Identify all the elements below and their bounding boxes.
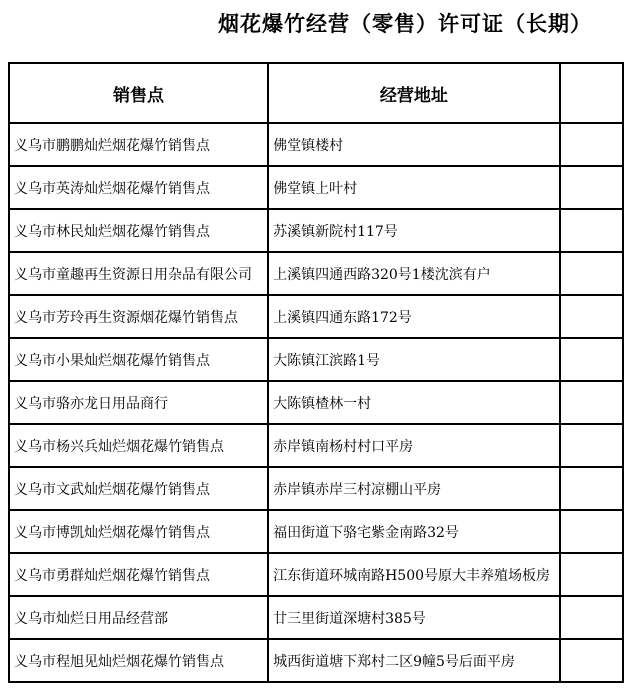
address-cell: 苏溪镇新院村117号 — [268, 209, 560, 252]
license-document-page: { "page": { "title": "烟花爆竹经营（零售）许可证（长期）"… — [0, 0, 624, 695]
table-row: 义乌市勇群灿烂烟花爆竹销售点 江东街道环城南路H500号原大丰养殖场板房 — [9, 553, 623, 596]
cropped-cell — [560, 295, 623, 338]
table-row: 义乌市小果灿烂烟花爆竹销售点 大陈镇江滨路1号 — [9, 338, 623, 381]
cropped-cell — [560, 166, 623, 209]
table-header-row: 销售点 经营地址 — [9, 63, 623, 123]
address-cell: 上溪镇四通东路172号 — [268, 295, 560, 338]
table-row: 义乌市英涛灿烂烟花爆竹销售点 佛堂镇上叶村 — [9, 166, 623, 209]
cropped-cell — [560, 639, 623, 682]
sales-point-cell: 义乌市程旭见灿烂烟花爆竹销售点 — [9, 639, 268, 682]
sales-point-cell: 义乌市文武灿烂烟花爆竹销售点 — [9, 467, 268, 510]
column-header-sales-point: 销售点 — [9, 63, 268, 123]
table-row: 义乌市林民灿烂烟花爆竹销售点 苏溪镇新院村117号 — [9, 209, 623, 252]
sales-point-cell: 义乌市骆亦龙日用品商行 — [9, 381, 268, 424]
sales-point-cell: 义乌市灿烂日用品经营部 — [9, 596, 268, 639]
cropped-cell — [560, 467, 623, 510]
cropped-cell — [560, 424, 623, 467]
cropped-cell — [560, 338, 623, 381]
address-cell: 大陈镇江滨路1号 — [268, 338, 560, 381]
table-row: 义乌市灿烂日用品经营部 廿三里街道深塘村385号 — [9, 596, 623, 639]
sales-point-cell: 义乌市杨兴兵灿烂烟花爆竹销售点 — [9, 424, 268, 467]
address-cell: 大陈镇楂林一村 — [268, 381, 560, 424]
table-row: 义乌市文武灿烂烟花爆竹销售点 赤岸镇赤岸三村凉棚山平房 — [9, 467, 623, 510]
sales-point-cell: 义乌市鹏鹏灿烂烟花爆竹销售点 — [9, 123, 268, 166]
table-row: 义乌市芳玲再生资源烟花爆竹销售点 上溪镇四通东路172号 — [9, 295, 623, 338]
address-cell: 城西街道塘下郑村二区9幢5号后面平房 — [268, 639, 560, 682]
column-header-cropped — [560, 63, 623, 123]
cropped-cell — [560, 596, 623, 639]
cropped-cell — [560, 123, 623, 166]
table-row: 义乌市杨兴兵灿烂烟花爆竹销售点 赤岸镇南杨村村口平房 — [9, 424, 623, 467]
address-cell: 佛堂镇上叶村 — [268, 166, 560, 209]
address-cell: 佛堂镇楼村 — [268, 123, 560, 166]
sales-point-cell: 义乌市博凯灿烂烟花爆竹销售点 — [9, 510, 268, 553]
address-cell: 福田街道下骆宅紫金南路32号 — [268, 510, 560, 553]
table-row: 义乌市程旭见灿烂烟花爆竹销售点 城西街道塘下郑村二区9幢5号后面平房 — [9, 639, 623, 682]
sales-point-cell: 义乌市芳玲再生资源烟花爆竹销售点 — [9, 295, 268, 338]
cropped-cell — [560, 252, 623, 295]
sales-point-cell: 义乌市林民灿烂烟花爆竹销售点 — [9, 209, 268, 252]
table-row: 义乌市鹏鹏灿烂烟花爆竹销售点 佛堂镇楼村 — [9, 123, 623, 166]
address-cell: 赤岸镇南杨村村口平房 — [268, 424, 560, 467]
sales-point-cell: 义乌市勇群灿烂烟花爆竹销售点 — [9, 553, 268, 596]
column-header-address: 经营地址 — [268, 63, 560, 123]
cropped-cell — [560, 381, 623, 424]
address-cell: 江东街道环城南路H500号原大丰养殖场板房 — [268, 553, 560, 596]
cropped-cell — [560, 209, 623, 252]
license-table: 销售点 经营地址 义乌市鹏鹏灿烂烟花爆竹销售点 佛堂镇楼村 义乌市英涛灿烂烟花爆… — [8, 62, 624, 683]
sales-point-cell: 义乌市英涛灿烂烟花爆竹销售点 — [9, 166, 268, 209]
table-row: 义乌市博凯灿烂烟花爆竹销售点 福田街道下骆宅紫金南路32号 — [9, 510, 623, 553]
address-cell: 赤岸镇赤岸三村凉棚山平房 — [268, 467, 560, 510]
sales-point-cell: 义乌市小果灿烂烟花爆竹销售点 — [9, 338, 268, 381]
sales-point-cell: 义乌市童趣再生资源日用杂品有限公司 — [9, 252, 268, 295]
address-cell: 廿三里街道深塘村385号 — [268, 596, 560, 639]
table-row: 义乌市童趣再生资源日用杂品有限公司 上溪镇四通西路320号1楼沈滨有户 — [9, 252, 623, 295]
address-cell: 上溪镇四通西路320号1楼沈滨有户 — [268, 252, 560, 295]
cropped-cell — [560, 553, 623, 596]
cropped-cell — [560, 510, 623, 553]
table-row: 义乌市骆亦龙日用品商行 大陈镇楂林一村 — [9, 381, 623, 424]
page-title: 烟花爆竹经营（零售）许可证（长期） — [8, 8, 624, 38]
